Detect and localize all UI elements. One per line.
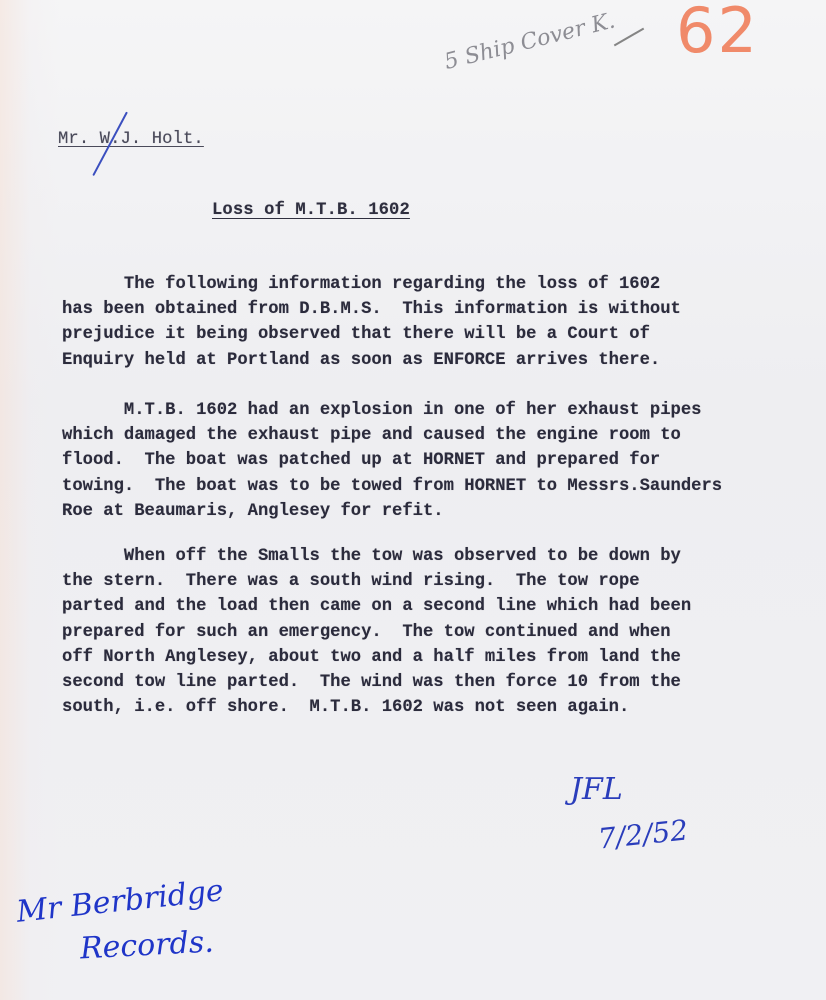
text-line: the stern. There was a south wind rising… [62, 569, 691, 594]
text-line: M.T.B. 1602 had an explosion in one of h… [62, 398, 722, 423]
paragraph-3: When off the Smalls the tow was observed… [62, 544, 691, 720]
text-line: south, i.e. off shore. M.T.B. 1602 was n… [62, 695, 691, 720]
handwritten-initials: JFL [570, 772, 623, 807]
text-line: has been obtained from D.B.M.S. This inf… [62, 297, 681, 322]
folio-number: 62 [676, 0, 759, 67]
handwritten-note-recipient: Mr Berbridge [15, 873, 226, 930]
text-line: Roe at Beaumaris, Anglesey for refit. [62, 499, 722, 524]
document-page: 5 Ship Cover K. 62 Mr. W.J. Holt. Loss o… [0, 0, 826, 1000]
text-line: The following information regarding the … [62, 272, 681, 297]
addressee: Mr. W.J. Holt. [58, 130, 204, 149]
text-line: off North Anglesey, about two and a half… [62, 645, 691, 670]
text-line: prejudice it being observed that there w… [62, 322, 681, 347]
text-line: prepared for such an emergency. The tow … [62, 620, 691, 645]
pencil-strike-mark [614, 28, 644, 47]
handwritten-note-department: Records. [79, 925, 214, 967]
text-line: towing. The boat was to be towed from HO… [62, 474, 722, 499]
text-line: Enquiry held at Portland as soon as ENFO… [62, 348, 681, 373]
text-line: flood. The boat was patched up at HORNET… [62, 448, 722, 473]
text-line: second tow line parted. The wind was the… [62, 670, 691, 695]
paragraph-1: The following information regarding the … [62, 272, 681, 373]
document-title: Loss of M.T.B. 1602 [212, 201, 410, 220]
text-line: When off the Smalls the tow was observed… [62, 544, 691, 569]
handwritten-date: 7/2/52 [597, 813, 690, 855]
paragraph-2: M.T.B. 1602 had an explosion in one of h… [62, 398, 722, 524]
text-line: parted and the load then came on a secon… [62, 594, 691, 619]
pencil-reference-annotation: 5 Ship Cover K. [442, 8, 618, 75]
text-line: which damaged the exhaust pipe and cause… [62, 423, 722, 448]
